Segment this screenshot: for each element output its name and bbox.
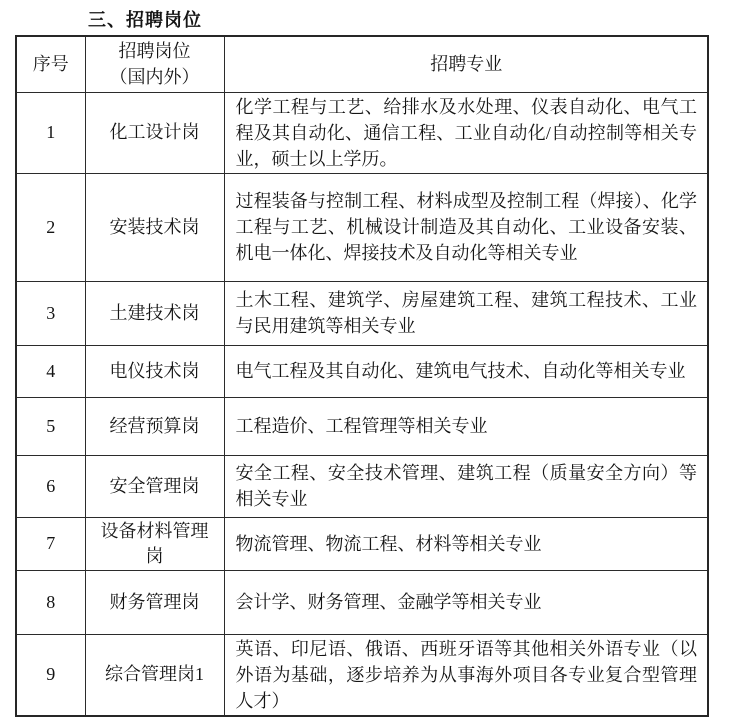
- row-majors: 过程装备与控制工程、材料成型及控制工程（焊接）、化学工程与工艺、机械设计制造及其…: [224, 173, 708, 281]
- table-row: 6 安全管理岗 安全工程、安全技术管理、建筑工程（质量安全方向）等相关专业: [16, 455, 708, 517]
- row-serial: 6: [16, 455, 85, 517]
- row-majors: 安全工程、安全技术管理、建筑工程（质量安全方向）等相关专业: [224, 455, 708, 517]
- table-row: 9 综合管理岗1 英语、印尼语、俄语、西班牙语等其他相关外语专业（以外语为基础，…: [16, 634, 708, 716]
- section-title: 三、招聘岗位: [88, 6, 730, 32]
- header-major: 招聘专业: [224, 36, 708, 92]
- header-position: 招聘岗位 （国内外）: [85, 36, 224, 92]
- table-row: 2 安装技术岗 过程装备与控制工程、材料成型及控制工程（焊接）、化学工程与工艺、…: [16, 173, 708, 281]
- row-serial: 9: [16, 634, 85, 716]
- table-row: 8 财务管理岗 会计学、财务管理、金融学等相关专业: [16, 570, 708, 634]
- row-serial: 7: [16, 517, 85, 570]
- row-majors: 工程造价、工程管理等相关专业: [224, 397, 708, 455]
- row-majors: 物流管理、物流工程、材料等相关专业: [224, 517, 708, 570]
- row-serial: 8: [16, 570, 85, 634]
- header-position-line2: （国内外）: [100, 64, 210, 90]
- row-position: 安全管理岗: [85, 455, 224, 517]
- row-serial: 3: [16, 281, 85, 345]
- row-majors: 英语、印尼语、俄语、西班牙语等其他相关外语专业（以外语为基础，逐步培养为从事海外…: [224, 634, 708, 716]
- row-majors: 土木工程、建筑学、房屋建筑工程、建筑工程技术、工业与民用建筑等相关专业: [224, 281, 708, 345]
- row-position: 土建技术岗: [85, 281, 224, 345]
- row-serial: 4: [16, 345, 85, 397]
- header-position-line1: 招聘岗位: [100, 38, 210, 64]
- table-row: 3 土建技术岗 土木工程、建筑学、房屋建筑工程、建筑工程技术、工业与民用建筑等相…: [16, 281, 708, 345]
- row-majors: 会计学、财务管理、金融学等相关专业: [224, 570, 708, 634]
- table-header-row: 序号 招聘岗位 （国内外） 招聘专业: [16, 36, 708, 92]
- table-row: 7 设备材料管理岗 物流管理、物流工程、材料等相关专业: [16, 517, 708, 570]
- recruitment-table: 序号 招聘岗位 （国内外） 招聘专业 1 化工设计岗 化学工程与工艺、给排水及水…: [15, 35, 709, 717]
- table-row: 1 化工设计岗 化学工程与工艺、给排水及水处理、仪表自动化、电气工程及其自动化、…: [16, 92, 708, 173]
- row-position: 设备材料管理岗: [85, 517, 224, 570]
- row-serial: 2: [16, 173, 85, 281]
- row-serial: 1: [16, 92, 85, 173]
- row-majors: 电气工程及其自动化、建筑电气技术、自动化等相关专业: [224, 345, 708, 397]
- row-majors: 化学工程与工艺、给排水及水处理、仪表自动化、电气工程及其自动化、通信工程、工业自…: [224, 92, 708, 173]
- row-position: 电仪技术岗: [85, 345, 224, 397]
- row-position: 财务管理岗: [85, 570, 224, 634]
- row-serial: 5: [16, 397, 85, 455]
- row-position: 安装技术岗: [85, 173, 224, 281]
- row-position: 经营预算岗: [85, 397, 224, 455]
- table-row: 4 电仪技术岗 电气工程及其自动化、建筑电气技术、自动化等相关专业: [16, 345, 708, 397]
- table-row: 5 经营预算岗 工程造价、工程管理等相关专业: [16, 397, 708, 455]
- row-position: 综合管理岗1: [85, 634, 224, 716]
- document-page: 三、招聘岗位 序号 招聘岗位 （国内外） 招聘专业 1 化工设计岗 化学工程与工…: [0, 6, 730, 726]
- header-serial: 序号: [16, 36, 85, 92]
- row-position: 化工设计岗: [85, 92, 224, 173]
